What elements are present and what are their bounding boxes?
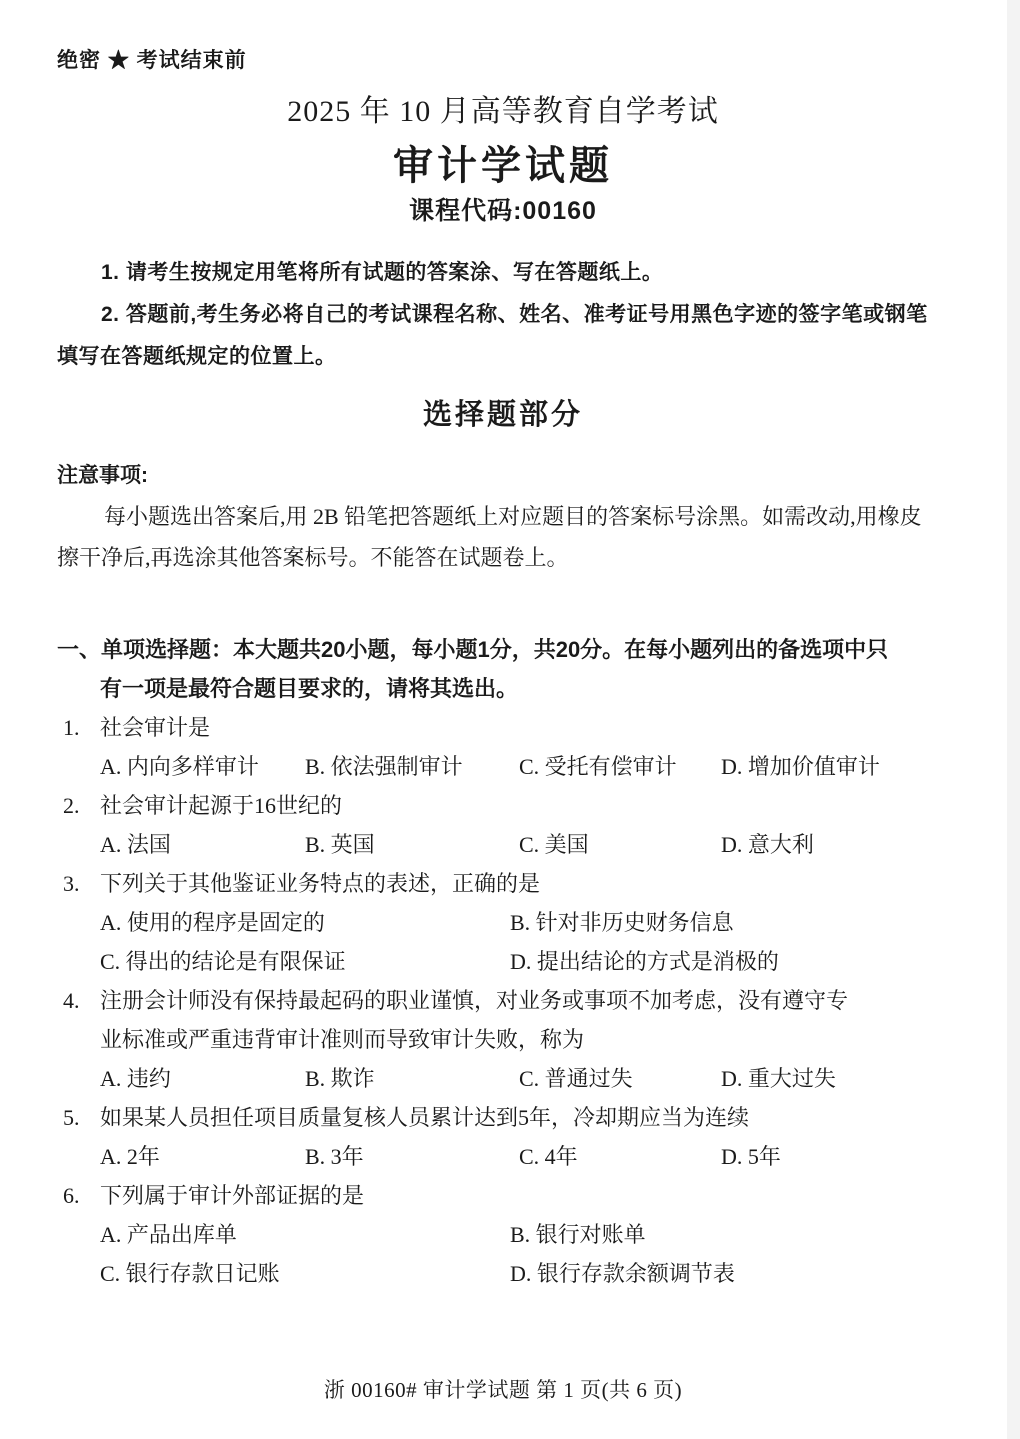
- option: C. 得出的结论是有限保证: [100, 942, 510, 981]
- question-text-line: 4.注册会计师没有保持最起码的职业谨慎，对业务或事项不加考虑，没有遵守专: [0, 981, 1008, 1020]
- options-row: A. 法国B. 英国C. 美国D. 意大利: [0, 825, 1008, 864]
- notice-line-2: 擦干净后,再选涂其他答案标号。不能答在试题卷上。: [57, 541, 569, 572]
- notice-line-1: 每小题选出答案后,用 2B 铅笔把答题纸上对应题目的答案标号涂黑。如需改动,用橡…: [104, 500, 922, 531]
- option: B. 英国: [305, 825, 519, 864]
- option: B. 欺诈: [305, 1059, 519, 1098]
- options-row: A. 违约B. 欺诈C. 普通过失D. 重大过失: [0, 1059, 1008, 1098]
- question-text-line: 3.下列关于其他鉴证业务特点的表述，正确的是: [0, 864, 1008, 903]
- question-text: 业标准或严重违背审计准则而导致审计失败，称为: [100, 1027, 584, 1052]
- options-row: A. 2年B. 3年C. 4年D. 5年: [0, 1137, 1008, 1176]
- scan-edge-strip: [1007, 0, 1020, 1439]
- option: D. 提出结论的方式是消极的: [510, 942, 1008, 981]
- question-text-line: 6.下列属于审计外部证据的是: [0, 1176, 1008, 1215]
- option: A. 违约: [100, 1059, 305, 1098]
- question-text: 社会审计是: [100, 715, 210, 740]
- question-text: 下列属于审计外部证据的是: [100, 1183, 364, 1208]
- option: A. 使用的程序是固定的: [100, 903, 510, 942]
- option: D. 银行存款余额调节表: [510, 1254, 1008, 1293]
- question-text: 社会审计起源于16世纪的: [100, 793, 342, 818]
- option: A. 2年: [100, 1137, 305, 1176]
- question-text-line: 5.如果某人员担任项目质量复核人员累计达到5年，冷却期应当为连续: [0, 1098, 1008, 1137]
- page-footer: 浙 00160# 审计学试题 第 1 页(共 6 页): [0, 1374, 1006, 1404]
- part-heading-line-1: 一、单项选择题：本大题共20小题，每小题1分，共20分。在每小题列出的备选项中只: [0, 630, 1008, 669]
- question-text: 注册会计师没有保持最起码的职业谨慎，对业务或事项不加考虑，没有遵守专: [100, 988, 848, 1013]
- options-row: A. 产品出库单B. 银行对账单: [0, 1215, 1008, 1254]
- options-row: A. 内向多样审计B. 依法强制审计C. 受托有偿审计D. 增加价值审计: [0, 747, 1008, 786]
- question-number: 2.: [63, 786, 80, 825]
- question-number: 4.: [63, 981, 80, 1020]
- option: B. 3年: [305, 1137, 519, 1176]
- option: B. 依法强制审计: [305, 747, 519, 786]
- question-text-line: 1.社会审计是: [0, 708, 1008, 747]
- options-row: C. 得出的结论是有限保证D. 提出结论的方式是消极的: [0, 942, 1008, 981]
- option: C. 受托有偿审计: [519, 747, 721, 786]
- options-row: A. 使用的程序是固定的B. 针对非历史财务信息: [0, 903, 1008, 942]
- option: B. 银行对账单: [510, 1215, 1008, 1254]
- exam-note-2-line1: 2. 答题前,考生务必将自己的考试课程名称、姓名、准考证号用黑色字迹的签字笔或钢…: [101, 298, 928, 328]
- question-number: 6.: [63, 1176, 80, 1215]
- part-heading-line-2: 有一项是最符合题目要求的，请将其选出。: [0, 669, 1008, 708]
- question-text-line: 2.社会审计起源于16世纪的: [0, 786, 1008, 825]
- section-title: 选择题部分: [0, 392, 1006, 433]
- question-number: 5.: [63, 1098, 80, 1137]
- notice-heading: 注意事项:: [57, 459, 148, 489]
- exam-note-1: 1. 请考生按规定用笔将所有试题的答案涂、写在答题纸上。: [101, 256, 663, 286]
- option: D. 意大利: [721, 825, 1008, 864]
- option: B. 针对非历史财务信息: [510, 903, 1008, 942]
- course-code: 课程代码:00160: [0, 191, 1006, 227]
- exam-paper-page: 绝密 ★ 考试结束前 2025 年 10 月高等教育自学考试 审计学试题 课程代…: [0, 0, 1020, 1439]
- option: C. 银行存款日记账: [100, 1254, 510, 1293]
- option: C. 美国: [519, 825, 721, 864]
- option: D. 5年: [721, 1137, 1008, 1176]
- question-number: 1.: [63, 708, 80, 747]
- option: C. 普通过失: [519, 1059, 721, 1098]
- option: A. 内向多样审计: [100, 747, 305, 786]
- option: A. 产品出库单: [100, 1215, 510, 1254]
- question-text: 下列关于其他鉴证业务特点的表述，正确的是: [100, 871, 540, 896]
- question-text-line: 业标准或严重违背审计准则而导致审计失败，称为: [0, 1020, 1008, 1059]
- option: D. 增加价值审计: [721, 747, 1008, 786]
- question-number: 3.: [63, 864, 80, 903]
- options-row: C. 银行存款日记账D. 银行存款余额调节表: [0, 1254, 1008, 1293]
- classification-banner: 绝密 ★ 考试结束前: [57, 44, 247, 74]
- exam-session-title: 2025 年 10 月高等教育自学考试: [0, 86, 1006, 130]
- questions-list: 1.社会审计是A. 内向多样审计B. 依法强制审计C. 受托有偿审计D. 增加价…: [0, 708, 1008, 1293]
- option: C. 4年: [519, 1137, 721, 1176]
- option: A. 法国: [100, 825, 305, 864]
- exam-subject-title: 审计学试题: [0, 134, 1006, 191]
- exam-note-2-line2: 填写在答题纸规定的位置上。: [57, 340, 337, 370]
- multiple-choice-section: 一、单项选择题：本大题共20小题，每小题1分，共20分。在每小题列出的备选项中只…: [0, 630, 1008, 1293]
- option: D. 重大过失: [721, 1059, 1008, 1098]
- question-text: 如果某人员担任项目质量复核人员累计达到5年，冷却期应当为连续: [100, 1105, 749, 1130]
